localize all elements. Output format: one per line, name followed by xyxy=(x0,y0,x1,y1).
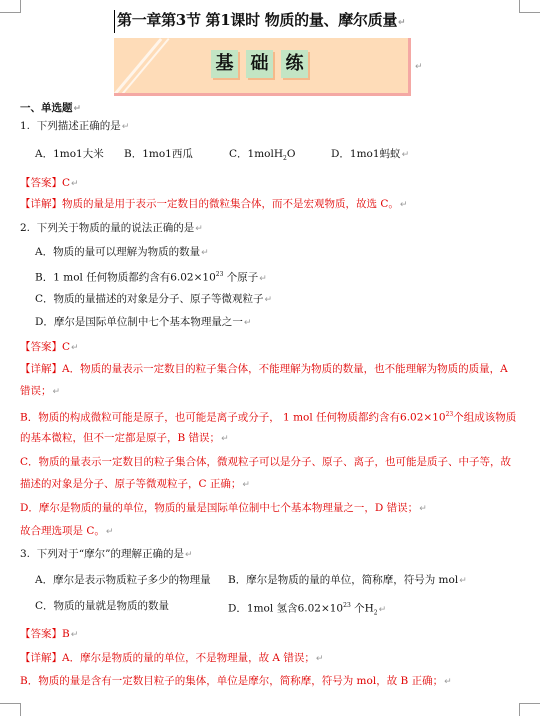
banner-stripe xyxy=(114,38,162,96)
banner-char: 基 xyxy=(211,50,238,78)
question-3-explanation-line: 【详解】A．摩尔是物质的量的单位，不是物理量，故 A 错误；↵ xyxy=(20,651,323,666)
document-title[interactable]: 第一章第3节 第1课时 物质的量、摩尔质量↵ xyxy=(114,10,405,33)
question-2-explanation-line: C．物质的量表示一定数目的粒子集合体，微观粒子可以是分子、原子、离子，也可能是质… xyxy=(20,455,511,469)
question-2-answer: 【答案】C↵ xyxy=(20,340,79,355)
question-2-explanation-line: 【详解】A．物质的量表示一定数目的粒子集合体，不能理解为物质的数量，也不能理解为… xyxy=(20,362,508,376)
paragraph-mark-icon: ↵ xyxy=(398,18,405,28)
question-1-option-d: D．1mo1蚂蚁↵ xyxy=(331,147,409,162)
question-3-option-a: A．摩尔是表示物质粒子多少的物理量 xyxy=(35,573,211,587)
question-2-option-c: C．物质的量描述的对象是分子、原子等微观粒子↵ xyxy=(35,292,272,307)
basic-practice-banner: 基 础 练 xyxy=(114,38,411,96)
banner-char: 础 xyxy=(246,50,273,78)
page-corner-mark-top-left xyxy=(0,0,21,13)
question-3-option-d: D．1mol 氢含6.02×1023 个H2↵ xyxy=(228,599,386,621)
question-1-stem: 1. 下列描述正确的是↵ xyxy=(20,119,129,134)
section-heading: 一、单选题↵ xyxy=(20,101,81,116)
question-2-explanation-line: 故合理选项是 C。↵ xyxy=(20,524,113,539)
question-2-explanation-line: 的基本微粒，但不一定都是原子，B 错误；↵ xyxy=(20,431,229,446)
question-2-option-d: D．摩尔是国际单位制中七个基本物理量之一↵ xyxy=(35,315,251,330)
question-1-explanation: 【详解】物质的量是用于表示一定数目的微粒集合体，而不是宏观物质，故选 C。↵ xyxy=(20,197,407,212)
question-1-answer: 【答案】C↵ xyxy=(20,176,79,191)
question-2-stem: 2. 下列关于物质的量的说法正确的是↵ xyxy=(20,221,203,236)
question-2-explanation-line: D．摩尔是物质的量的单位，物质的量是国际单位制中七个基本物理量之一，D 错误；↵ xyxy=(20,501,427,516)
question-1-option-b: B．1mo1西瓜 xyxy=(124,147,193,161)
question-2-explanation-line: 错误；↵ xyxy=(20,384,60,399)
page-corner-mark-top-right xyxy=(519,0,540,13)
question-3-option-b: B．摩尔是物质的量的单位，简称摩，符号为 mol↵ xyxy=(228,573,467,588)
question-2-explanation-line: B．物质的构成微粒可能是原子，也可能是离子或分子， 1 mol 任何物质都约含有… xyxy=(20,408,516,425)
question-1-option-c: C．1molH2O xyxy=(229,147,295,166)
question-3-answer: 【答案】B↵ xyxy=(20,627,78,642)
question-3-explanation-line: B．物质的量是含有一定数目粒子的集体，单位是摩尔，简称摩，符号为 mol，故 B… xyxy=(20,674,452,689)
paragraph-mark-icon: ↵ xyxy=(415,60,423,74)
question-3-stem: 3. 下列对于“摩尔”的理解正确的是↵ xyxy=(20,547,193,562)
question-2-explanation-line: 描述的对象是分子、原子等微观粒子，C 正确；↵ xyxy=(20,477,250,492)
question-2-option-a: A．物质的量可以理解为物质的数量↵ xyxy=(35,245,209,260)
page-corner-mark-bottom-right xyxy=(519,703,540,716)
question-3-option-c: C．物质的量就是物质的数量 xyxy=(35,599,169,613)
question-1-option-a: A．1mo1大米 xyxy=(35,147,104,161)
question-2-option-b: B．1 mol 任何物质都约含有6.02×1023 个原子↵ xyxy=(35,268,267,286)
page-corner-mark-bottom-left xyxy=(0,703,21,716)
banner-char: 练 xyxy=(281,50,308,78)
